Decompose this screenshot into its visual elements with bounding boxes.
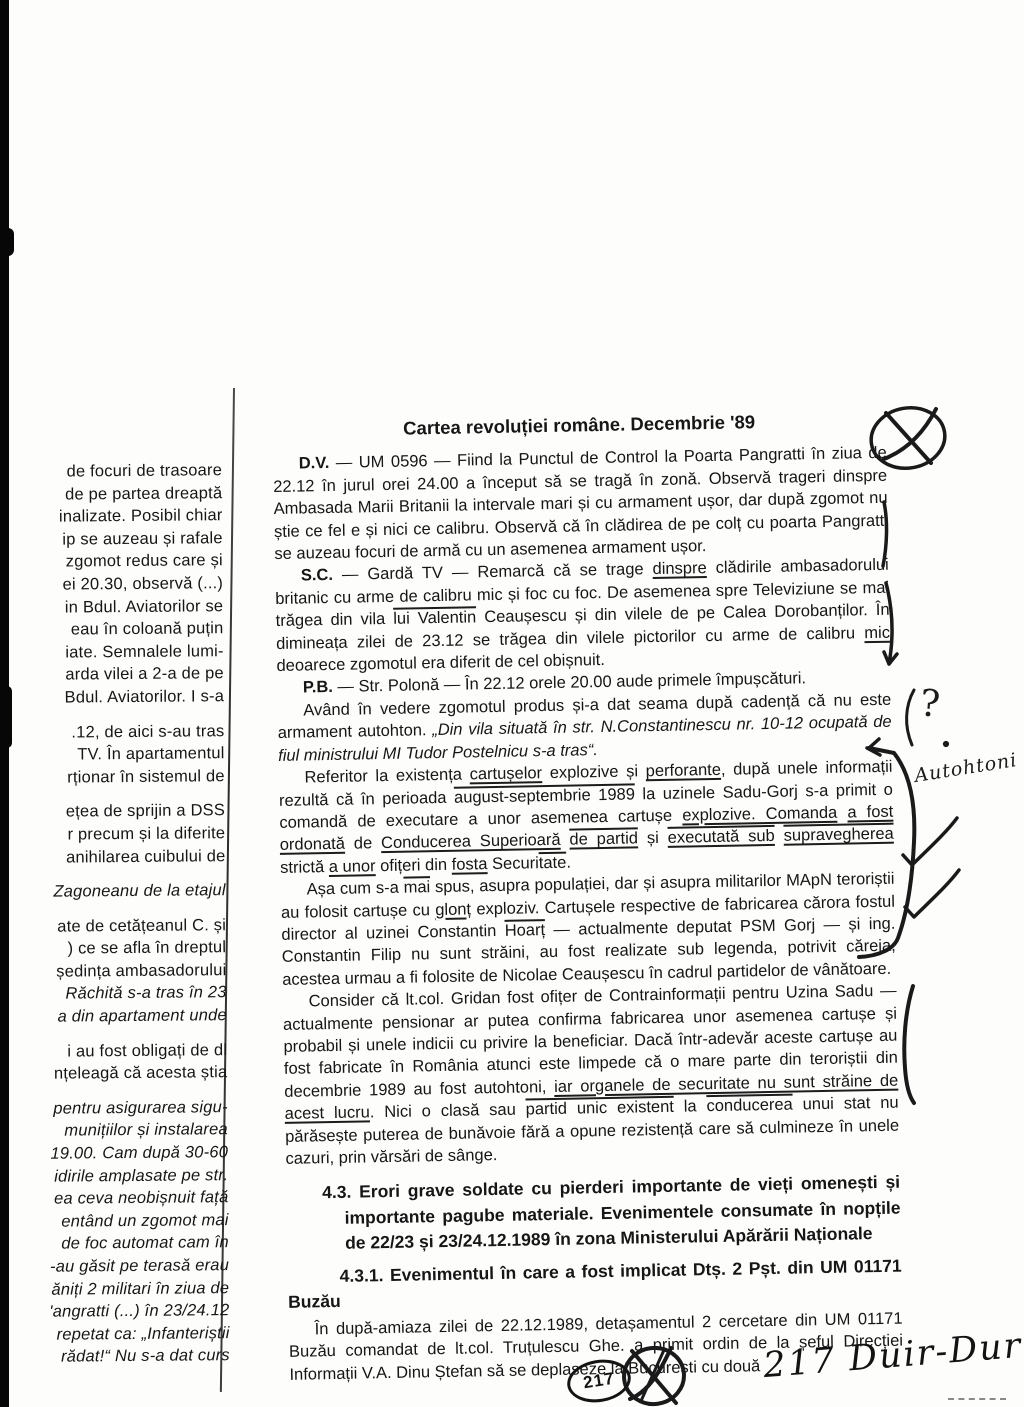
left-column-line: ip se auzeau și rafale: [14, 527, 223, 551]
left-column-line: rădat!“ Nu s-a dat curs: [21, 1345, 230, 1369]
paragraph-avand: Având în vedere zgomotul produs și-a dat…: [277, 689, 892, 767]
left-column-line: de focuri de trasoare: [13, 459, 222, 483]
left-column-line: Răchită s-a tras în 23: [18, 982, 227, 1006]
paragraph-consider: Consider că lt.col. Gridan fost ofițer d…: [282, 980, 899, 1170]
left-column-line: ețea de sprijin a DSS: [16, 799, 225, 823]
left-column-line: ) ce se afla în dreptul: [17, 936, 226, 960]
margin-checkmark-2: [905, 870, 959, 917]
left-column-line: rționar în sistemul de: [16, 765, 225, 789]
scan-edge-blob: [0, 686, 12, 748]
left-column-line: in Bdul. Aviatorilor se: [14, 595, 223, 619]
left-column-line: ăniți 2 militari în ziua de: [20, 1277, 229, 1301]
heading-4-3-1: 4.3.1. Evenimentul în care a fost implic…: [287, 1254, 902, 1316]
left-column-line: i au fost obligați de dl: [18, 1039, 227, 1063]
margin-bar-3: [904, 986, 914, 1103]
margin-period-dot: [943, 741, 948, 746]
left-column-line: eau în coloană puțin: [14, 617, 223, 641]
scan-edge-blob: [0, 228, 14, 256]
left-column-line: ea ceva neobișnuit față: [19, 1186, 228, 1210]
left-column-line: idirile amplasate pe str.: [19, 1164, 228, 1188]
left-column-line: ei 20.30, observă (...): [14, 572, 223, 596]
paragraph-referitor: Referitor la existența cartușelor exploz…: [278, 756, 894, 879]
left-column-line: repetat ca: „Infanteriștii: [21, 1322, 230, 1346]
running-header: Cartea revoluției române. Decembrie '89: [272, 409, 886, 443]
left-column-line: de pe partea dreaptă: [13, 482, 222, 506]
margin-note-autohtoni: Autohtoni: [913, 749, 1019, 787]
left-column-line: inalizate. Posibil chiar: [13, 504, 222, 528]
left-column-line: anihilarea cuibului de: [16, 845, 225, 869]
left-column-line: .12, de aici s-au tras: [15, 720, 224, 744]
left-column-line: Bdul. Aviatorilor. I s-a: [15, 685, 224, 709]
left-column-line: munițiilor și instalarea: [19, 1119, 228, 1143]
left-column-line: iate. Semnalele lumi-: [15, 640, 224, 664]
paragraph-asa-cum: Așa cum s-a mai spus, asupra populației,…: [280, 868, 896, 991]
left-column-line: arda vilei a 2-a de pe: [15, 663, 224, 687]
left-column-line: ate de cetățeanul C. și: [17, 914, 226, 938]
left-column-line: de foc automat cam în: [20, 1232, 229, 1256]
left-column-line: zgomot redus care și: [14, 550, 223, 574]
left-column-line: a din apartament unde: [18, 1004, 227, 1028]
heading-4-3: 4.3. Erori grave soldate cu pierderi imp…: [344, 1170, 901, 1257]
margin-question-mark: ?: [918, 681, 942, 726]
left-column: de focuri de trasoarede pe partea dreapt…: [13, 459, 230, 1369]
left-column-line: Zagoneanu de la etajul: [17, 879, 226, 903]
paragraph-sc: S.C. — Gardă TV — Remarcă că se trage di…: [275, 554, 891, 677]
margin-checkmark-1: [903, 818, 957, 865]
left-column-line: 19.00. Cam după 30-60: [19, 1141, 228, 1165]
left-column-line: pentru asigurarea sigu-: [19, 1096, 228, 1120]
left-column-line: -au găsit pe terasă erau: [20, 1254, 229, 1278]
left-column-line: entând un zgomot mai: [20, 1209, 229, 1233]
bottom-dash-mark: [948, 1398, 1006, 1400]
left-column-line: nțeleagă că acesta știa: [18, 1061, 227, 1085]
left-column-line: 'angratti (...) în 23/24.12: [20, 1299, 229, 1323]
paragraph-dv: D.V. — UM 0596 — Fiind la Punctul de Con…: [273, 442, 889, 565]
main-column: Cartea revoluției române. Decembrie '89 …: [272, 409, 904, 1386]
margin-paren: [907, 690, 914, 745]
scanned-document-page: de focuri de trasoarede pe partea dreapt…: [0, 0, 1024, 1407]
left-column-line: r precum și la diferite: [16, 822, 225, 846]
left-column-line: TV. În apartamentul: [15, 742, 224, 766]
left-column-line: ședința ambasadorului: [17, 959, 226, 983]
